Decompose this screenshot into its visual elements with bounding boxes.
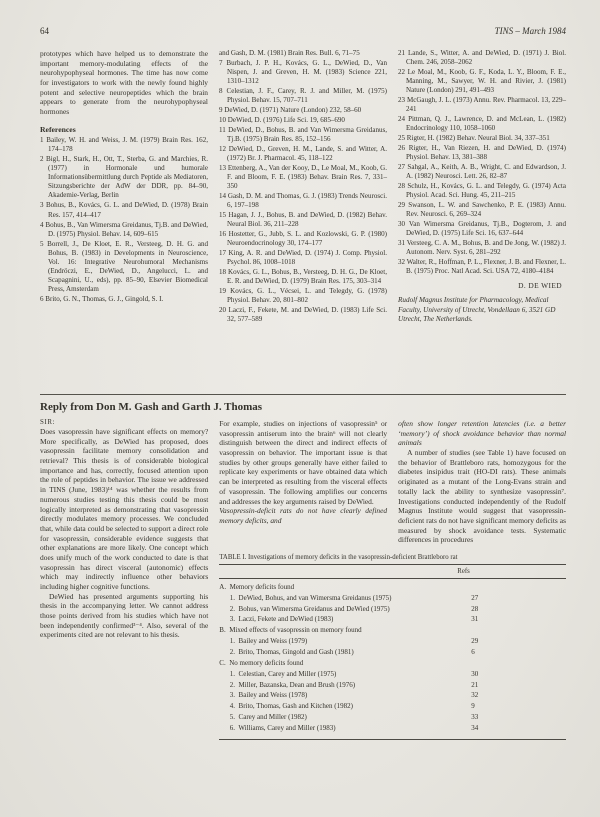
table-row: 3. Bailey and Weiss (1978) 32 bbox=[219, 690, 566, 701]
table-row-ref: 32 bbox=[471, 690, 505, 701]
table-row-label: 5. Carey and Miller (1982) bbox=[219, 712, 471, 723]
reference-item: 4 Bohus, B., Van Wimersma Greidanus, Tj.… bbox=[40, 221, 208, 239]
reply-paragraph-italic: Vasopressin-deficit rats do not have cle… bbox=[219, 506, 387, 525]
page-number: 64 bbox=[40, 26, 49, 36]
reference-item: 14 Gash, D. M. and Thomas, G. J. (1983) … bbox=[219, 192, 387, 210]
reference-list-1: 1 Bailey, W. H. and Weiss, J. M. (1979) … bbox=[40, 136, 208, 303]
journal-page: 64 TINS – March 1984 prototypes which ha… bbox=[0, 0, 600, 817]
reference-item: 29 Swanson, L. W. and Sawchenko, P. E. (… bbox=[398, 201, 566, 219]
table-row-ref: 28 bbox=[471, 604, 505, 615]
reference-item: 20 Laczi, F., Fekete, M. and DeWied, D. … bbox=[219, 306, 387, 324]
references-column-1: prototypes which have helped us to demon… bbox=[40, 49, 208, 385]
reference-item: 3 Bohus, B., Kovács, G. L. and DeWied, D… bbox=[40, 201, 208, 219]
table-body: A. Memory deficits found 1. DeWied, Bohu… bbox=[219, 578, 566, 740]
reply-salutation: SIR: bbox=[40, 419, 208, 426]
table-row: 1. Bailey and Weiss (1979) 29 bbox=[219, 636, 566, 647]
table-row-ref bbox=[471, 582, 505, 593]
references-heading: References bbox=[40, 125, 208, 134]
table-row-ref: 31 bbox=[471, 614, 505, 625]
reply-paragraph: For example, studies on injections of va… bbox=[219, 419, 387, 506]
reference-item: 21 Lande, S., Witter, A. and DeWied, D. … bbox=[398, 49, 566, 67]
table-row-ref: 34 bbox=[471, 723, 505, 734]
table-row: 5. Carey and Miller (1982) 33 bbox=[219, 712, 566, 723]
table-caption: TABLE I. Investigations of memory defici… bbox=[219, 554, 566, 561]
table-row-ref: 9 bbox=[471, 701, 505, 712]
reference-list-2: and Gash, D. M. (1981) Brain Res. Bull. … bbox=[219, 49, 387, 324]
references-section: prototypes which have helped us to demon… bbox=[40, 49, 566, 385]
reference-item: and Gash, D. M. (1981) Brain Res. Bull. … bbox=[219, 49, 387, 58]
reply-right-area: For example, studies on injections of va… bbox=[219, 419, 566, 740]
table-row-label: 4. Brito, Thomas, Gash and Kitchen (1982… bbox=[219, 701, 471, 712]
reference-item: 28 Schulz, H., Kovács, G. L. and Telegdy… bbox=[398, 182, 566, 200]
reference-item: 2 Bigl, H., Stark, H., Ott, T., Sterba, … bbox=[40, 155, 208, 200]
table-row-ref bbox=[471, 658, 505, 669]
table-refs-header: Refs bbox=[457, 568, 469, 575]
table-row: 4. Brito, Thomas, Gash and Kitchen (1982… bbox=[219, 701, 566, 712]
table-row-label: 3. Laczi, Fekete and DeWied (1983) bbox=[219, 614, 471, 625]
table-row-label: 2. Bohus, van Wimersma Greidanus and DeW… bbox=[219, 604, 471, 615]
reference-item: 16 Hostetter, G., Jubb, S. L. and Kozlow… bbox=[219, 230, 387, 248]
reference-item: 17 King, A. R. and DeWied, D. (1974) J. … bbox=[219, 249, 387, 267]
reference-item: 32 Walter, R., Hoffman, P. L., Flexner, … bbox=[398, 258, 566, 276]
table-row: 1. Celestian, Carey and Miller (1975) 30 bbox=[219, 669, 566, 680]
reference-item: 15 Hagan, J. J., Bohus, B. and DeWied, D… bbox=[219, 211, 387, 229]
table-row-ref: 29 bbox=[471, 636, 505, 647]
table-row: 2. Bohus, van Wimersma Greidanus and DeW… bbox=[219, 604, 566, 615]
reply-heading: Reply from Don M. Gash and Garth J. Thom… bbox=[40, 401, 566, 413]
table-row-ref: 30 bbox=[471, 669, 505, 680]
reply-section: SIR: Does vasopressin have significant e… bbox=[40, 419, 566, 740]
reference-item: 30 Van Wimersma Greidanus, Tj.B., Dogter… bbox=[398, 220, 566, 238]
reference-item: 18 Kovács, G. L., Bohus, B., Versteeg, D… bbox=[219, 268, 387, 286]
table-row: A. Memory deficits found bbox=[219, 582, 566, 593]
author-signature: D. DE WIED bbox=[398, 281, 562, 290]
table-row: C. No memory deficits found bbox=[219, 658, 566, 669]
table-row-ref bbox=[471, 625, 505, 636]
references-column-2: and Gash, D. M. (1981) Brain Res. Bull. … bbox=[219, 49, 387, 385]
reference-item: 26 Rigter, H., Van Riezen, H. and DeWied… bbox=[398, 144, 566, 162]
table-row-label: 1. DeWied, Bohus, and van Wimersma Greid… bbox=[219, 593, 471, 604]
reference-item: 6 Brito, G. N., Thomas, G. J., Gingold, … bbox=[40, 295, 208, 304]
reply-paragraph: Does vasopressin have significant effect… bbox=[40, 427, 208, 592]
table-row-label: C. No memory deficits found bbox=[219, 658, 471, 669]
section-divider bbox=[40, 394, 566, 395]
reference-item: 12 DeWied, D., Greven, H. M., Lande, S. … bbox=[219, 145, 387, 163]
reference-item: 31 Versteeg, C. A. M., Bohus, B. and De … bbox=[398, 239, 566, 257]
table-1: TABLE I. Investigations of memory defici… bbox=[219, 554, 566, 740]
table-row-label: 1. Celestian, Carey and Miller (1975) bbox=[219, 669, 471, 680]
table-row-label: 2. Brito, Thomas, Gingold and Gash (1981… bbox=[219, 647, 471, 658]
reply-column-3: often show longer retention latencies (i… bbox=[398, 419, 566, 545]
reference-item: 9 DeWied, D. (1971) Nature (London) 232,… bbox=[219, 106, 387, 115]
page-header: 64 TINS – March 1984 bbox=[40, 26, 566, 36]
reference-list-3: 21 Lande, S., Witter, A. and DeWied, D. … bbox=[398, 49, 566, 276]
reference-item: 10 DeWied, D. (1976) Life Sci. 19, 685–6… bbox=[219, 116, 387, 125]
reference-item: 11 DeWied, D., Bohus, B. and Van Wimersm… bbox=[219, 126, 387, 144]
reply-paragraph: DeWied has presented arguments supportin… bbox=[40, 592, 208, 640]
reference-item: 27 Sahgal, A., Keith, A. B., Wright, C. … bbox=[398, 163, 566, 181]
table-row-label: 1. Bailey and Weiss (1979) bbox=[219, 636, 471, 647]
table-row-ref: 6 bbox=[471, 647, 505, 658]
reply-paragraph: A number of studies (see Table 1) have f… bbox=[398, 448, 566, 545]
reply-paragraph-italic: often show longer retention latencies (i… bbox=[398, 419, 566, 448]
journal-title: TINS – March 1984 bbox=[495, 26, 566, 36]
reply-column-1: SIR: Does vasopressin have significant e… bbox=[40, 419, 208, 740]
table-row-label: B. Mixed effects of vasopressin on memor… bbox=[219, 625, 471, 636]
reference-item: 22 Le Moal, M., Koob, G. F., Koda, L. Y.… bbox=[398, 68, 566, 95]
table-row-ref: 21 bbox=[471, 680, 505, 691]
table-row: 3. Laczi, Fekete and DeWied (1983) 31 bbox=[219, 614, 566, 625]
table-row: 1. DeWied, Bohus, and van Wimersma Greid… bbox=[219, 593, 566, 604]
reference-item: 1 Bailey, W. H. and Weiss, J. M. (1979) … bbox=[40, 136, 208, 154]
table-row: 2. Brito, Thomas, Gingold and Gash (1981… bbox=[219, 647, 566, 658]
author-address: Rudolf Magnus Institute for Pharmacology… bbox=[398, 296, 566, 325]
table-row-label: 2. Miller, Bazanska, Dean and Brush (197… bbox=[219, 680, 471, 691]
table-row: 2. Miller, Bazanska, Dean and Brush (197… bbox=[219, 680, 566, 691]
reply-right-columns: For example, studies on injections of va… bbox=[219, 419, 566, 545]
table-row: 6. Williams, Carey and Miller (1983) 34 bbox=[219, 723, 566, 734]
references-column-3: 21 Lande, S., Witter, A. and DeWied, D. … bbox=[398, 49, 566, 385]
reference-item: 23 McGaugh, J. L. (1973) Annu. Rev. Phar… bbox=[398, 96, 566, 114]
table-header-row: Refs bbox=[219, 564, 566, 577]
table-row: B. Mixed effects of vasopressin on memor… bbox=[219, 625, 566, 636]
reference-item: 25 Rigter, H. (1982) Behav. Neural Biol.… bbox=[398, 134, 566, 143]
reference-item: 24 Pittman, Q. J., Lawrence, D. and McLe… bbox=[398, 115, 566, 133]
intro-paragraph: prototypes which have helped us to demon… bbox=[40, 49, 208, 116]
table-row-label: 3. Bailey and Weiss (1978) bbox=[219, 690, 471, 701]
reference-item: 7 Burbach, J. P. H., Kovács, G. L., DeWi… bbox=[219, 59, 387, 86]
reference-item: 8 Celestian, J. F., Carey, R. J. and Mil… bbox=[219, 87, 387, 105]
reference-item: 19 Kovács, G. L., Vécsei, L. and Telegdy… bbox=[219, 287, 387, 305]
table-row-ref: 27 bbox=[471, 593, 505, 604]
table-row-label: 6. Williams, Carey and Miller (1983) bbox=[219, 723, 471, 734]
table-row-ref: 33 bbox=[471, 712, 505, 723]
table-row-label: A. Memory deficits found bbox=[219, 582, 471, 593]
table-header-spacer bbox=[219, 568, 457, 575]
reference-item: 13 Ettenberg, A., Van der Kooy, D., Le M… bbox=[219, 164, 387, 191]
reference-item: 5 Borrell, J., De Kloet, E. R., Versteeg… bbox=[40, 240, 208, 294]
reply-column-2: For example, studies on injections of va… bbox=[219, 419, 387, 545]
